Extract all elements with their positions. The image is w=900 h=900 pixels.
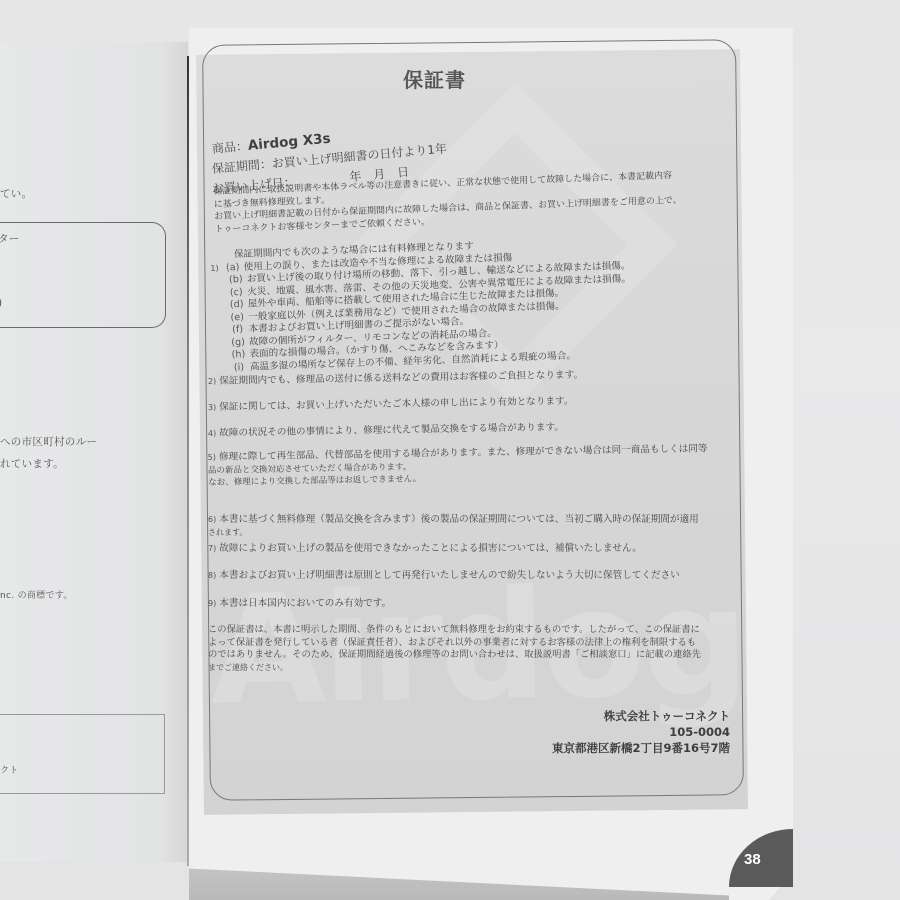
company-postal-code: 105-0004 <box>552 724 730 740</box>
company-name: 株式会社トゥーコネクト <box>552 708 730 724</box>
left-info-box: ター ) <box>0 222 166 328</box>
left-page-fragment: への市区町村のルー <box>0 434 97 449</box>
item-letter: (b) <box>225 274 247 287</box>
product-label: 商品： <box>211 139 248 156</box>
clause-1: 保証期間内でも次のような場合には有料修理となります 1) (a)使用上の誤り、ま… <box>210 232 734 375</box>
left-contact-box: クト <box>0 714 165 794</box>
closing-paragraph: この保証書は、本書に明示した期間、条件のもとにおいて無料修理をお約束するものです… <box>208 624 728 674</box>
item-letter: (g) <box>227 336 249 349</box>
clause-text: 故障によりお買い上げの製品を使用できなかったことによる損害については、補償いたし… <box>219 543 642 554</box>
clause-number: 2) <box>208 377 216 386</box>
page-title: 保証書 <box>403 64 466 93</box>
clause-number: 4) <box>208 429 216 438</box>
trademark-note: nc. の商標です。 <box>0 588 73 601</box>
closing-line: までご連絡ください。 <box>208 662 728 675</box>
clause-text: 本書は日本国内においてのみ有効です。 <box>219 598 391 609</box>
item-letter: (i) <box>228 361 250 374</box>
clause-number: 6) <box>208 515 216 524</box>
left-page-fragment: クト <box>0 763 19 776</box>
item-letter: (a) <box>222 261 244 274</box>
clause-text: されます。 <box>208 527 728 540</box>
item-letter: (f) <box>226 324 248 337</box>
left-page-fragment: ) <box>0 297 2 309</box>
clause-number: 5) <box>208 453 216 462</box>
page-number: 38 <box>744 851 761 868</box>
clause-number: 9) <box>208 599 216 608</box>
item-letter: (e) <box>226 311 248 324</box>
clause-number: 3) <box>208 403 216 412</box>
left-page-fragment: てい。 <box>0 186 32 201</box>
clause-9: 9) 本書は日本国内においてのみ有効です。 <box>208 598 728 611</box>
company-info: 株式会社トゥーコネクト 105-0004 東京都港区新橋2丁目9番16号7階 <box>552 708 730 756</box>
item-letter: (d) <box>226 299 248 312</box>
closing-line: よって保証書を発行している者（保証責任者）、およびそれ以外の事業者に対するお客様… <box>208 637 728 650</box>
clause-6: 6) 本書に基づく無料修理（製品交換を含みます）後の製品の保証期間については、当… <box>208 514 728 539</box>
left-page: てい。 ター ) への市区町村のルー れています。 nc. の商標です。 クト <box>0 42 188 862</box>
closing-line: この保証書は、本書に明示した期間、条件のもとにおいて無料修理をお約束するものです… <box>208 624 728 637</box>
closing-line: のではありません。そのため、保証期間経過後の修理等のお問い合わせは、取扱説明書「… <box>208 649 728 662</box>
left-page-fragment: れています。 <box>0 456 64 471</box>
clause-text: 本書およびお買い上げ明細書は原則として再発行いたしませんので紛失しないよう大切に… <box>219 570 680 581</box>
company-address: 東京都港区新橋2丁目9番16号7階 <box>552 740 730 756</box>
clause-number: 1) <box>210 263 219 272</box>
left-page-fragment: ター <box>0 231 20 246</box>
clause-text: 本書に基づく無料修理（製品交換を含みます）後の製品の保証期間については、当初ご購… <box>219 514 699 525</box>
clause-8: 8) 本書およびお買い上げ明細書は原則として再発行いたしませんので紛失しないよう… <box>208 570 728 583</box>
clause-number: 7) <box>208 544 216 553</box>
item-letter: (c) <box>225 286 247 299</box>
item-letter: (h) <box>227 349 249 362</box>
book-spine <box>187 56 189 866</box>
clause-7: 7) 故障によりお買い上げの製品を使用できなかったことによる損害については、補償… <box>208 543 728 556</box>
clause-number: 8) <box>208 571 216 580</box>
